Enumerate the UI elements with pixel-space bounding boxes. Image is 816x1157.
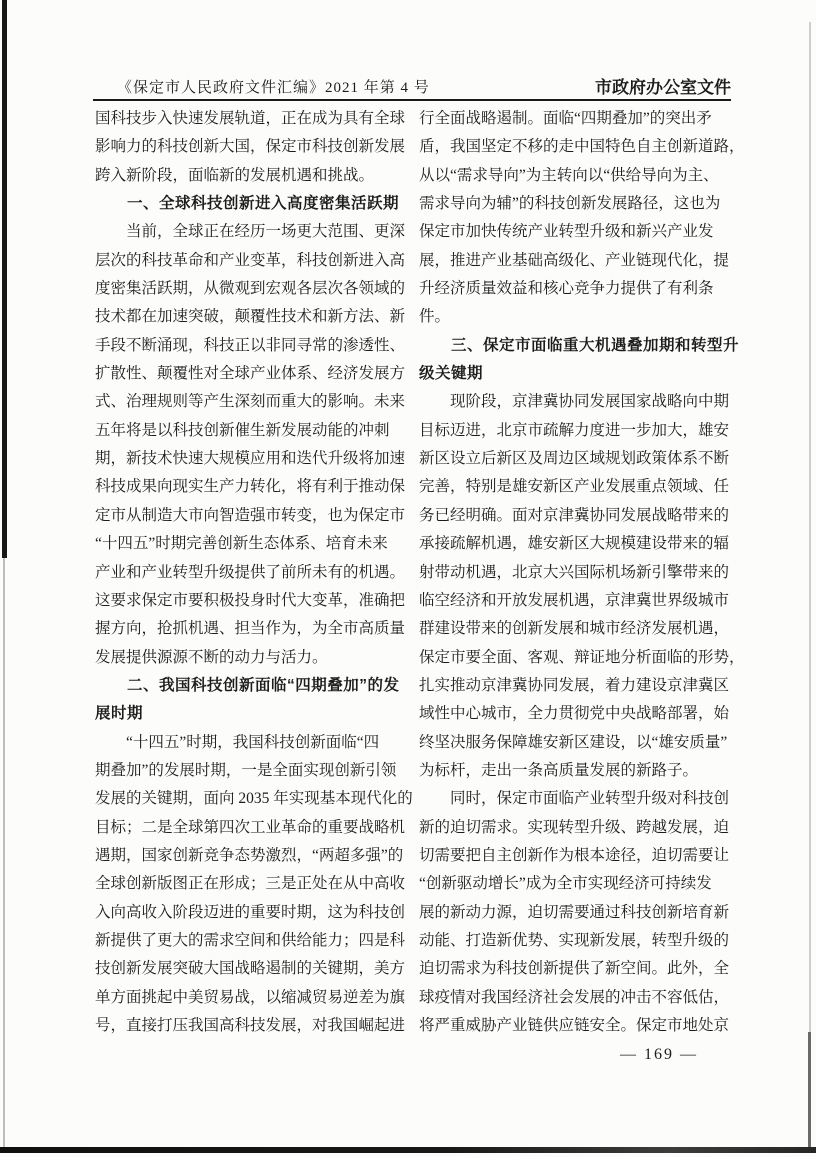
- text-line: 产业和产业转型升级提供了前所未有的机遇。: [95, 559, 417, 587]
- text-line: 科技成果向现实生产力转化，将有利于推动保: [95, 473, 417, 501]
- text-line: 遇期，国家创新竞争态势激烈，“两超多强”的: [95, 842, 417, 870]
- text-line: 承接疏解机遇，雄安新区大规模建设带来的辐: [419, 530, 741, 558]
- text-line: 新区设立后新区及周边区域规划政策体系不断: [419, 445, 741, 473]
- text-line: 握方向，抢抓机遇、担当作为，为全市高质量: [95, 615, 417, 643]
- text-line: 从以“需求导向”为主转向以“供给导向为主、: [419, 162, 741, 190]
- scan-artifact-left-edge-line: [3, 558, 5, 1150]
- text-line: 发展提供源源不断的动力与活力。: [95, 644, 417, 672]
- text-line: 单方面挑起中美贸易战，以缩减贸易逆差为旗: [95, 984, 417, 1012]
- text-line: 切需要把自主创新作为根本途径，迫切需要让: [419, 842, 741, 870]
- heading-line: 展时期: [95, 700, 417, 728]
- text-line: 五年将是以科技创新催生新发展动能的冲刺: [95, 417, 417, 445]
- left-text-column: 国科技步入快速发展轨道，正在成为具有全球影响力的科技创新大国，保定市科技创新发展…: [95, 105, 417, 1040]
- text-line: 件。: [419, 303, 741, 331]
- text-line: 影响力的科技创新大国，保定市科技创新发展: [95, 133, 417, 161]
- scan-artifact-left-bar: [2, 0, 7, 558]
- text-line: 新提供了更大的需求空间和供给能力；四是科: [95, 927, 417, 955]
- text-line: 射带动机遇，北京大兴国际机场新引擎带来的: [419, 559, 741, 587]
- scan-artifact-right-edge-dark: [808, 1032, 811, 1148]
- text-line: 保定市加快传统产业转型升级和新兴产业发: [419, 218, 741, 246]
- scan-artifact-bottom-bar: [0, 1147, 816, 1153]
- text-line: 现阶段，京津冀协同发展国家战略向中期: [419, 388, 741, 416]
- text-line: 完善，特别是雄安新区产业发展重点领域、任: [419, 473, 741, 501]
- text-line: 为标杆，走出一条高质量发展的新路子。: [419, 757, 741, 785]
- text-line: 期叠加”的发展时期，一是全面实现创新引领: [95, 757, 417, 785]
- text-line: 展，推进产业基础高级化、产业链现代化，提: [419, 247, 741, 275]
- text-line: “十四五”时期完善创新生态体系、培育未来: [95, 530, 417, 558]
- text-line: 层次的科技革命和产业变革，科技创新进入高: [95, 247, 417, 275]
- heading-line: 三、保定市面临重大机遇叠加期和转型升: [419, 332, 741, 360]
- document-page: 《保定市人民政府文件汇编》2021 年第 4 号 市政府办公室文件 国科技步入快…: [0, 0, 816, 1157]
- text-line: 式、治理规则等产生深刻而重大的影响。未来: [95, 388, 417, 416]
- text-line: 群建设带来的创新发展和城市经济发展机遇，: [419, 615, 741, 643]
- text-line: 定市从制造大市向智造强市转变，也为保定市: [95, 502, 417, 530]
- text-line: 域性中心城市，全力贯彻党中央战略部署，始: [419, 700, 741, 728]
- text-line: 同时，保定市面临产业转型升级对科技创: [419, 785, 741, 813]
- text-line: 入向高收入阶段迈进的重要时期，这为科技创: [95, 899, 417, 927]
- text-line: 行全面战略遏制。面临“四期叠加”的突出矛: [419, 105, 741, 133]
- text-line: 动能、打造新优势、实现新发展，转型升级的: [419, 927, 741, 955]
- page-number: — 169 —: [597, 1046, 721, 1064]
- text-line: 技术都在加速突破，颠覆性技术和新方法、新: [95, 303, 417, 331]
- text-line: 技创新发展突破大国战略遏制的关键期，美方: [95, 955, 417, 983]
- text-line: 这要求保定市要积极投身时代大变革，准确把: [95, 587, 417, 615]
- text-line: 手段不断涌现，科技正以非同寻常的渗透性、: [95, 332, 417, 360]
- text-line: 目标迈进，北京市疏解力度进一步加大，雄安: [419, 417, 741, 445]
- text-line: 需求导向为辅”的科技创新发展路径，这也为: [419, 190, 741, 218]
- text-line: 国科技步入快速发展轨道，正在成为具有全球: [95, 105, 417, 133]
- text-line: “创新驱动增长”成为全市实现经济可持续发: [419, 870, 741, 898]
- text-line: 全球创新版图正在形成；三是正处在从中高收: [95, 870, 417, 898]
- text-line: 临空经济和开放发展机遇，京津冀世界级城市: [419, 587, 741, 615]
- text-line: 球疫情对我国经济社会发展的冲击不容低估，: [419, 984, 741, 1012]
- text-line: 将严重威胁产业链供应链安全。保定市地处京: [419, 1012, 741, 1040]
- text-line: 保定市要全面、客观、辩证地分析面临的形势，: [419, 644, 741, 672]
- text-line: 新的迫切需求。实现转型升级、跨越发展，迫: [419, 814, 741, 842]
- header-rule: [93, 99, 731, 101]
- text-line: 务已经明确。面对京津冀协同发展战略带来的: [419, 502, 741, 530]
- right-text-column: 行全面战略遏制。面临“四期叠加”的突出矛盾，我国坚定不移的走中国特色自主创新道路…: [419, 105, 741, 1040]
- text-line: 期，新技术快速大规模应用和迭代升级将加速: [95, 445, 417, 473]
- text-line: 迫切需求为科技创新提供了新空间。此外，全: [419, 955, 741, 983]
- text-line: 当前，全球正在经历一场更大范围、更深: [95, 218, 417, 246]
- text-line: 终坚决服务保障雄安新区建设，以“雄安质量”: [419, 729, 741, 757]
- text-line: 展的新动力源，迫切需要通过科技创新培育新: [419, 899, 741, 927]
- text-line: 扎实推动京津冀协同发展，着力建设京津冀区: [419, 672, 741, 700]
- heading-line: 级关键期: [419, 360, 741, 388]
- heading-line: 二、我国科技创新面临“四期叠加”的发: [95, 672, 417, 700]
- text-line: 度密集活跃期，从微观到宏观各层次各领域的: [95, 275, 417, 303]
- text-line: 扩散性、颠覆性对全球产业体系、经济发展方: [95, 360, 417, 388]
- text-line: 目标；二是全球第四次工业革命的重要战略机: [95, 814, 417, 842]
- text-line: 盾，我国坚定不移的走中国特色自主创新道路，: [419, 133, 741, 161]
- text-line: 发展的关键期，面向 2035 年实现基本现代化的: [95, 785, 417, 813]
- text-line: “十四五”时期，我国科技创新面临“四: [95, 729, 417, 757]
- scan-artifact-right-edge-line: [809, 22, 811, 1147]
- text-line: 号，直接打压我国高科技发展，对我国崛起进: [95, 1012, 417, 1040]
- header-publication-title: 《保定市人民政府文件汇编》2021 年第 4 号: [117, 76, 430, 97]
- heading-line: 一、全球科技创新进入高度密集活跃期: [95, 190, 417, 218]
- header-document-type: 市政府办公室文件: [595, 73, 731, 98]
- text-line: 升经济质量效益和核心竞争力提供了有利条: [419, 275, 741, 303]
- text-line: 跨入新阶段，面临新的发展机遇和挑战。: [95, 162, 417, 190]
